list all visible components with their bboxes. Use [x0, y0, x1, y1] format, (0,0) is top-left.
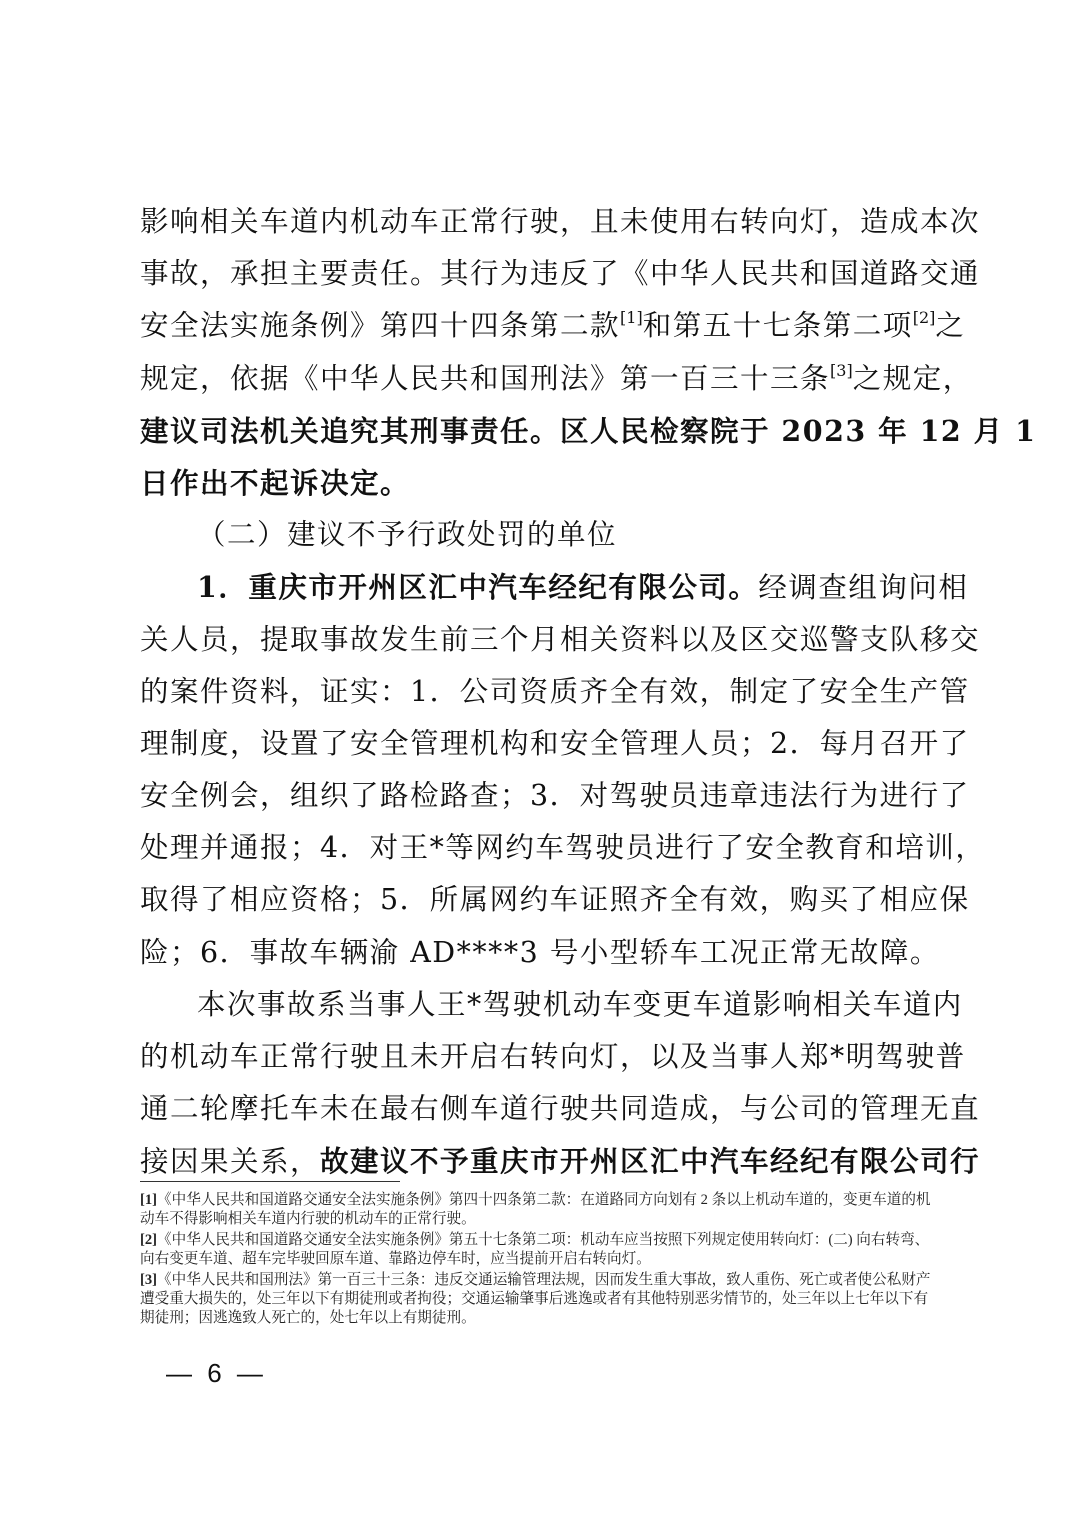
- text-segment: （二）建议不予行政处罚的单位: [197, 518, 617, 551]
- footnote: [1]《中华人民共和国道路交通安全法实施条例》第四十四条第二款：在道路同方向划有…: [140, 1191, 940, 1230]
- text-line: 规定，依据《中华人民共和国刑法》第一百三十三条[3]之规定，: [140, 353, 938, 405]
- footnote-tag: [1]: [140, 1192, 157, 1208]
- text-segment: 本次事故系当事人王*驾驶机动车变更车道影响相关车道内: [197, 988, 963, 1021]
- footnote-reference[interactable]: [1]: [620, 308, 643, 327]
- text-segment: 安全例会，组织了路检路查；3．对驾驶员违章违法行为进行了: [140, 779, 970, 812]
- text-line: 处理并通报；4．对王*等网约车驾驶员进行了安全教育和培训，: [140, 822, 938, 874]
- text-segment: 影响相关车道内机动车正常行驶，且未使用右转向灯，造成本次: [140, 205, 980, 238]
- text-segment: 规定，依据《中华人民共和国刑法》第一百三十三条: [140, 362, 830, 395]
- footnote: [3]《中华人民共和国刑法》第一百三十三条：违反交通运输管理法规，因而发生重大事…: [140, 1271, 940, 1329]
- text-line: 日作出不起诉决定。: [140, 457, 938, 509]
- text-line: 取得了相应资格；5．所属网约车证照齐全有效，购买了相应保: [140, 874, 938, 926]
- bold-text: 建议司法机关追究其刑事责任。区人民检察院于 2023 年 12 月 1: [140, 414, 1036, 448]
- text-segment: 经调查组询问相: [758, 571, 968, 604]
- footnotes: [1]《中华人民共和国道路交通安全法实施条例》第四十四条第二款：在道路同方向划有…: [140, 1191, 940, 1330]
- bold-text: 故建议不予重庆市开州区汇中汽车经纪有限公司行: [320, 1144, 980, 1178]
- text-line: 建议司法机关追究其刑事责任。区人民检察院于 2023 年 12 月 1: [140, 405, 938, 457]
- body-text: 影响相关车道内机动车正常行驶，且未使用右转向灯，造成本次事故，承担主要责任。其行…: [140, 196, 938, 1188]
- footnote-reference[interactable]: [3]: [830, 361, 853, 380]
- text-segment: 和第五十七条第二项: [643, 309, 913, 342]
- text-line: 事故，承担主要责任。其行为违反了《中华人民共和国道路交通: [140, 248, 938, 300]
- text-line: 安全法实施条例》第四十四条第二款[1]和第五十七条第二项[2]之: [140, 300, 938, 352]
- footnote-tag: [3]: [140, 1272, 157, 1288]
- text-segment: 之: [935, 309, 965, 342]
- text-line: 险；6．事故车辆渝 AD****3 号小型轿车工况正常无故障。: [140, 927, 938, 979]
- text-segment: 取得了相应资格；5．所属网约车证照齐全有效，购买了相应保: [140, 883, 970, 916]
- text-line: 1．重庆市开州区汇中汽车经纪有限公司。经调查组询问相: [140, 561, 938, 613]
- document-page: 影响相关车道内机动车正常行驶，且未使用右转向灯，造成本次事故，承担主要责任。其行…: [0, 0, 1074, 1520]
- text-line: 关人员，提取事故发生前三个月相关资料以及区交巡警支队移交: [140, 614, 938, 666]
- footnote-text: 《中华人民共和国刑法》第一百三十三条：违反交通运输管理法规，因而发生重大事故，致…: [140, 1272, 931, 1327]
- text-segment: 的机动车正常行驶且未开启右转向灯，以及当事人郑*明驾驶普: [140, 1040, 966, 1073]
- text-line: 通二轮摩托车未在最右侧车道行驶共同造成，与公司的管理无直: [140, 1083, 938, 1135]
- bold-text: 1．重庆市开州区汇中汽车经纪有限公司。: [197, 570, 758, 604]
- text-line: 接因果关系，故建议不予重庆市开州区汇中汽车经纪有限公司行: [140, 1135, 938, 1187]
- text-line: （二）建议不予行政处罚的单位: [140, 509, 938, 561]
- text-segment: 处理并通报；4．对王*等网约车驾驶员进行了安全教育和培训，: [140, 831, 985, 864]
- text-segment: 险；6．事故车辆渝 AD****3 号小型轿车工况正常无故障。: [140, 936, 940, 969]
- text-segment: 之规定，: [853, 362, 973, 395]
- footnote-text: 《中华人民共和国道路交通安全法实施条例》第五十七条第二项：机动车应当按照下列规定…: [140, 1232, 929, 1267]
- footnote-reference[interactable]: [2]: [913, 308, 936, 327]
- text-line: 安全例会，组织了路检路查；3．对驾驶员违章违法行为进行了: [140, 770, 938, 822]
- text-line: 影响相关车道内机动车正常行驶，且未使用右转向灯，造成本次: [140, 196, 938, 248]
- footnote-text: 《中华人民共和国道路交通安全法实施条例》第四十四条第二款：在道路同方向划有 2 …: [140, 1192, 931, 1227]
- footnote: [2]《中华人民共和国道路交通安全法实施条例》第五十七条第二项：机动车应当按照下…: [140, 1231, 940, 1270]
- footnote-separator: [140, 1181, 400, 1182]
- text-line: 的机动车正常行驶且未开启右转向灯，以及当事人郑*明驾驶普: [140, 1031, 938, 1083]
- text-segment: 事故，承担主要责任。其行为违反了《中华人民共和国道路交通: [140, 257, 980, 290]
- text-line: 本次事故系当事人王*驾驶机动车变更车道影响相关车道内: [140, 979, 938, 1031]
- text-segment: 理制度，设置了安全管理机构和安全管理人员；2．每月召开了: [140, 727, 970, 760]
- text-segment: 的案件资料，证实：1．公司资质齐全有效，制定了安全生产管: [140, 675, 970, 708]
- text-segment: 关人员，提取事故发生前三个月相关资料以及区交巡警支队移交: [140, 623, 980, 656]
- text-line: 的案件资料，证实：1．公司资质齐全有效，制定了安全生产管: [140, 666, 938, 718]
- text-segment: 通二轮摩托车未在最右侧车道行驶共同造成，与公司的管理无直: [140, 1092, 980, 1125]
- footnote-tag: [2]: [140, 1232, 157, 1248]
- page-number: — 6 —: [166, 1358, 267, 1389]
- text-line: 理制度，设置了安全管理机构和安全管理人员；2．每月召开了: [140, 718, 938, 770]
- text-segment: 接因果关系，: [140, 1145, 320, 1178]
- text-segment: 安全法实施条例》第四十四条第二款: [140, 309, 620, 342]
- bold-text: 日作出不起诉决定。: [140, 466, 410, 500]
